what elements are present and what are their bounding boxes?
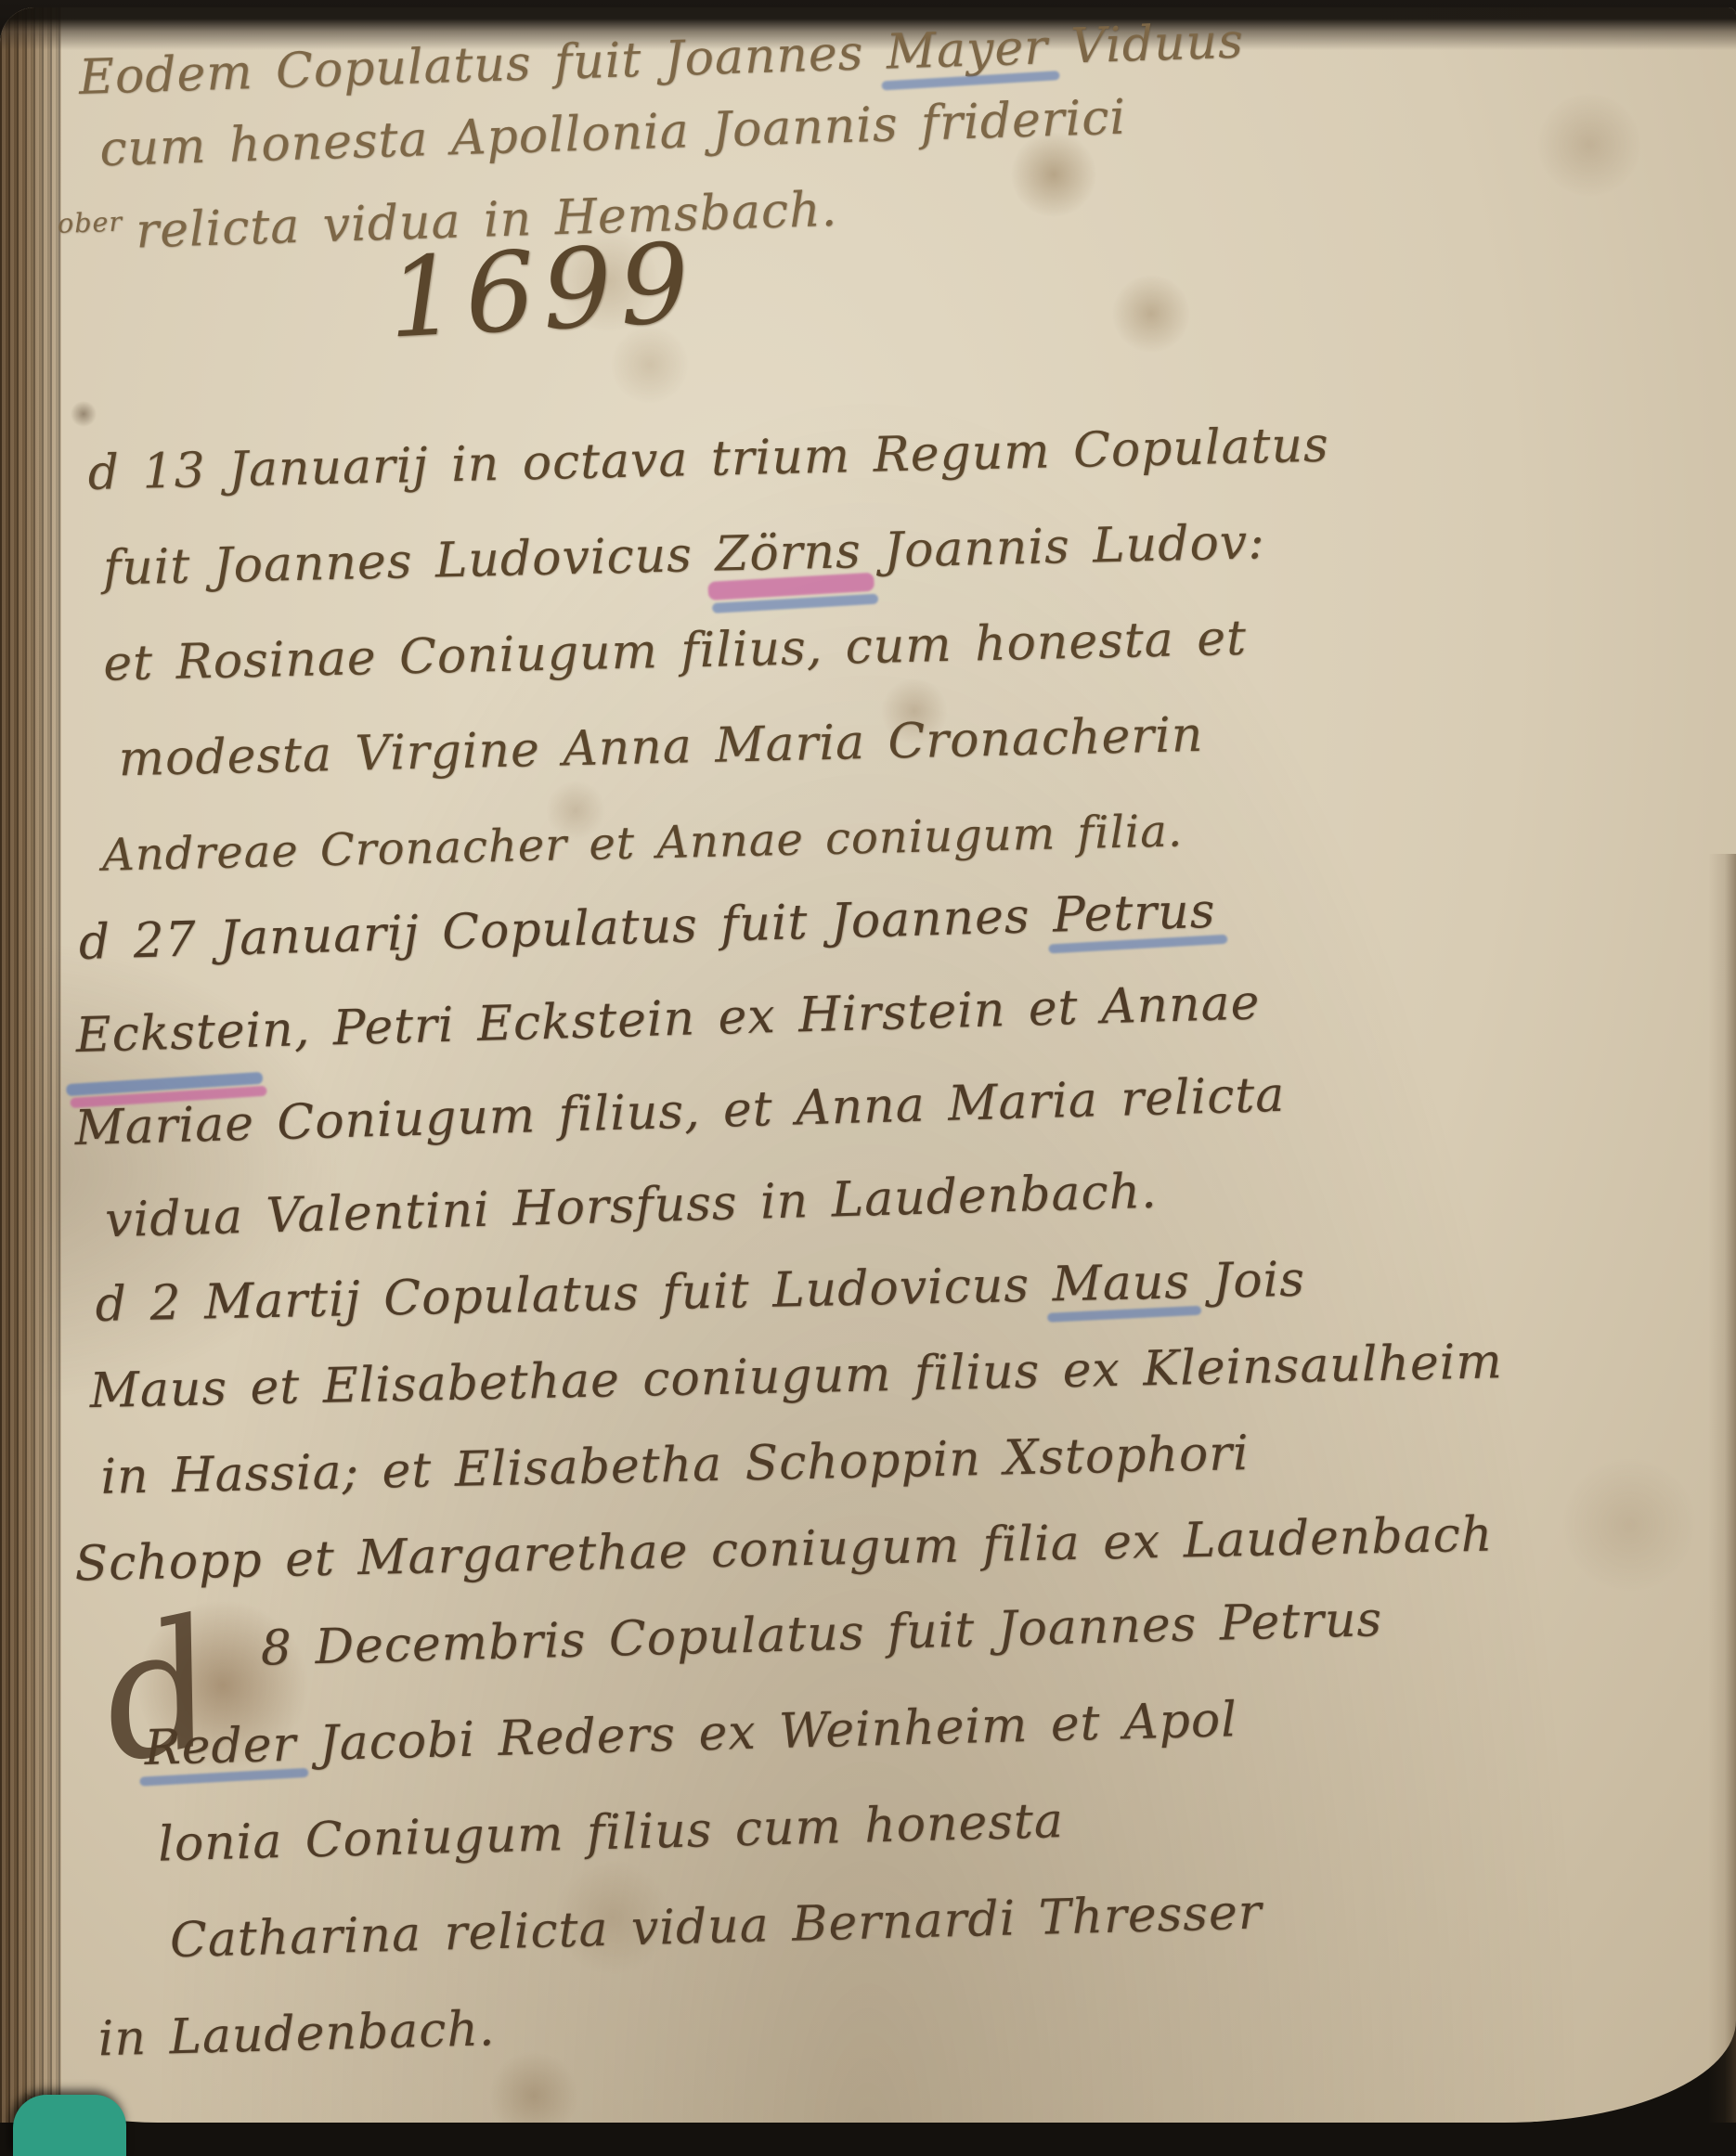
manuscript-line: fuit Joannes Ludovicus Zörns Joannis Lud…: [102, 511, 1331, 599]
manuscript-text: Coniugum filius, et Anna Maria relicta: [253, 1067, 1286, 1152]
manuscript-text: lonia Coniugum filius cum honesta: [157, 1793, 1064, 1873]
manuscript-line: Reder Jacobi Reders ex Weinheim et Apol: [144, 1686, 1386, 1778]
manuscript-text: Schopp et Margarethae coniugum filia ex …: [74, 1507, 1494, 1593]
manuscript-text: in Hassia; et Elisabetha Schoppin Xstoph…: [100, 1426, 1250, 1505]
manuscript-scan: Eodem Copulatus fuit Joannes Mayer Viduu…: [0, 0, 1736, 2156]
manuscript-line: lonia Coniugum filius cum honesta: [157, 1783, 1388, 1875]
manuscript-line: Andreae Cronacher et Annae coniugum fili…: [101, 798, 1338, 885]
manuscript-line: Schopp et Margarethae coniugum filia ex …: [74, 1504, 1507, 1594]
manuscript-text: Catharina relicta vidua Bernardi Thresse…: [169, 1885, 1263, 1969]
manuscript-line: et Rosinae Coniugum filius, cum honesta …: [103, 607, 1334, 694]
manuscript-text: Maus et Elisabethae coniugum filius ex K…: [89, 1334, 1503, 1419]
manuscript-line: Catharina relicta vidua Bernardi Thresse…: [169, 1879, 1391, 1970]
manuscript-text: modesta Virgine Anna Maria Cronacherin: [118, 707, 1204, 788]
manuscript-line: d 13 Januarij in octava trium Regum Copu…: [87, 416, 1329, 503]
highlight-mark-blue: Mayer: [886, 19, 1049, 80]
manuscript-text: Eckstein, Petri Eckstein ex Hirstein et …: [75, 975, 1261, 1064]
manuscript-line: Eckstein, Petri Eckstein ex Hirstein et …: [75, 973, 1283, 1065]
highlight-mark-blue: Maus: [1052, 1254, 1191, 1312]
manuscript-line: Mariae Coniugum filius, et Anna Maria re…: [74, 1065, 1286, 1158]
manuscript-line: vidua Valentini Horsfuss in Laudenbach.: [104, 1158, 1288, 1251]
teal-backing-board: [13, 2095, 126, 2156]
highlight-mark-bluepink: Mariae: [74, 1096, 255, 1156]
inserted-word: ober: [57, 206, 123, 239]
manuscript-line: in Hassia; et Elisabetha Schoppin Xstoph…: [100, 1418, 1505, 1507]
entry-8-december: 8 Decembris Copulatus fuit Joannes Petru…: [141, 1590, 1394, 2105]
entry-2-march: d 2 Martij Copulatus fuit Ludovicus Maus…: [95, 1246, 1508, 1620]
manuscript-text: Viduus: [1047, 14, 1245, 76]
manuscript-text: vidua Valentini Horsfuss in Laudenbach.: [104, 1164, 1158, 1249]
year-heading: 1699: [385, 218, 700, 362]
manuscript-line: Maus et Elisabethae coniugum filius ex K…: [89, 1332, 1503, 1421]
manuscript-text: et Rosinae Coniugum filius, cum honesta …: [103, 611, 1248, 692]
register-page: Eodem Copulatus fuit Joannes Mayer Viduu…: [0, 7, 1736, 2123]
manuscript-text: d 13 Januarij in octava trium Regum Copu…: [87, 418, 1329, 501]
entry-27-january: d 27 Januarij Copulatus fuit Joannes Pet…: [78, 880, 1289, 1285]
book-binding-edge: [0, 7, 61, 2123]
page-fore-edge: [1708, 854, 1736, 2123]
highlight-mark-pinkblue: Zörns: [715, 523, 862, 583]
highlight-mark-blue: Reder: [144, 1717, 297, 1776]
highlight-mark-blue: Petrus: [1052, 884, 1216, 944]
manuscript-text: Jacobi Reders ex Weinheim et Apol: [296, 1692, 1238, 1773]
manuscript-text: Andreae Cronacher et Annae coniugum fili…: [101, 805, 1183, 881]
manuscript-line: in Laudenbach.: [97, 1976, 1393, 2069]
manuscript-text: Jois: [1189, 1252, 1305, 1310]
manuscript-text: in Laudenbach.: [97, 2001, 496, 2067]
entry-13-january: d 13 Januarij in octava trium Regum Copu…: [87, 416, 1340, 922]
manuscript-text: fuit Joannes Ludovicus: [102, 527, 716, 597]
manuscript-line: modesta Virgine Anna Maria Cronacherin: [118, 703, 1336, 790]
manuscript-text: Joannis Ludov:: [861, 514, 1265, 579]
